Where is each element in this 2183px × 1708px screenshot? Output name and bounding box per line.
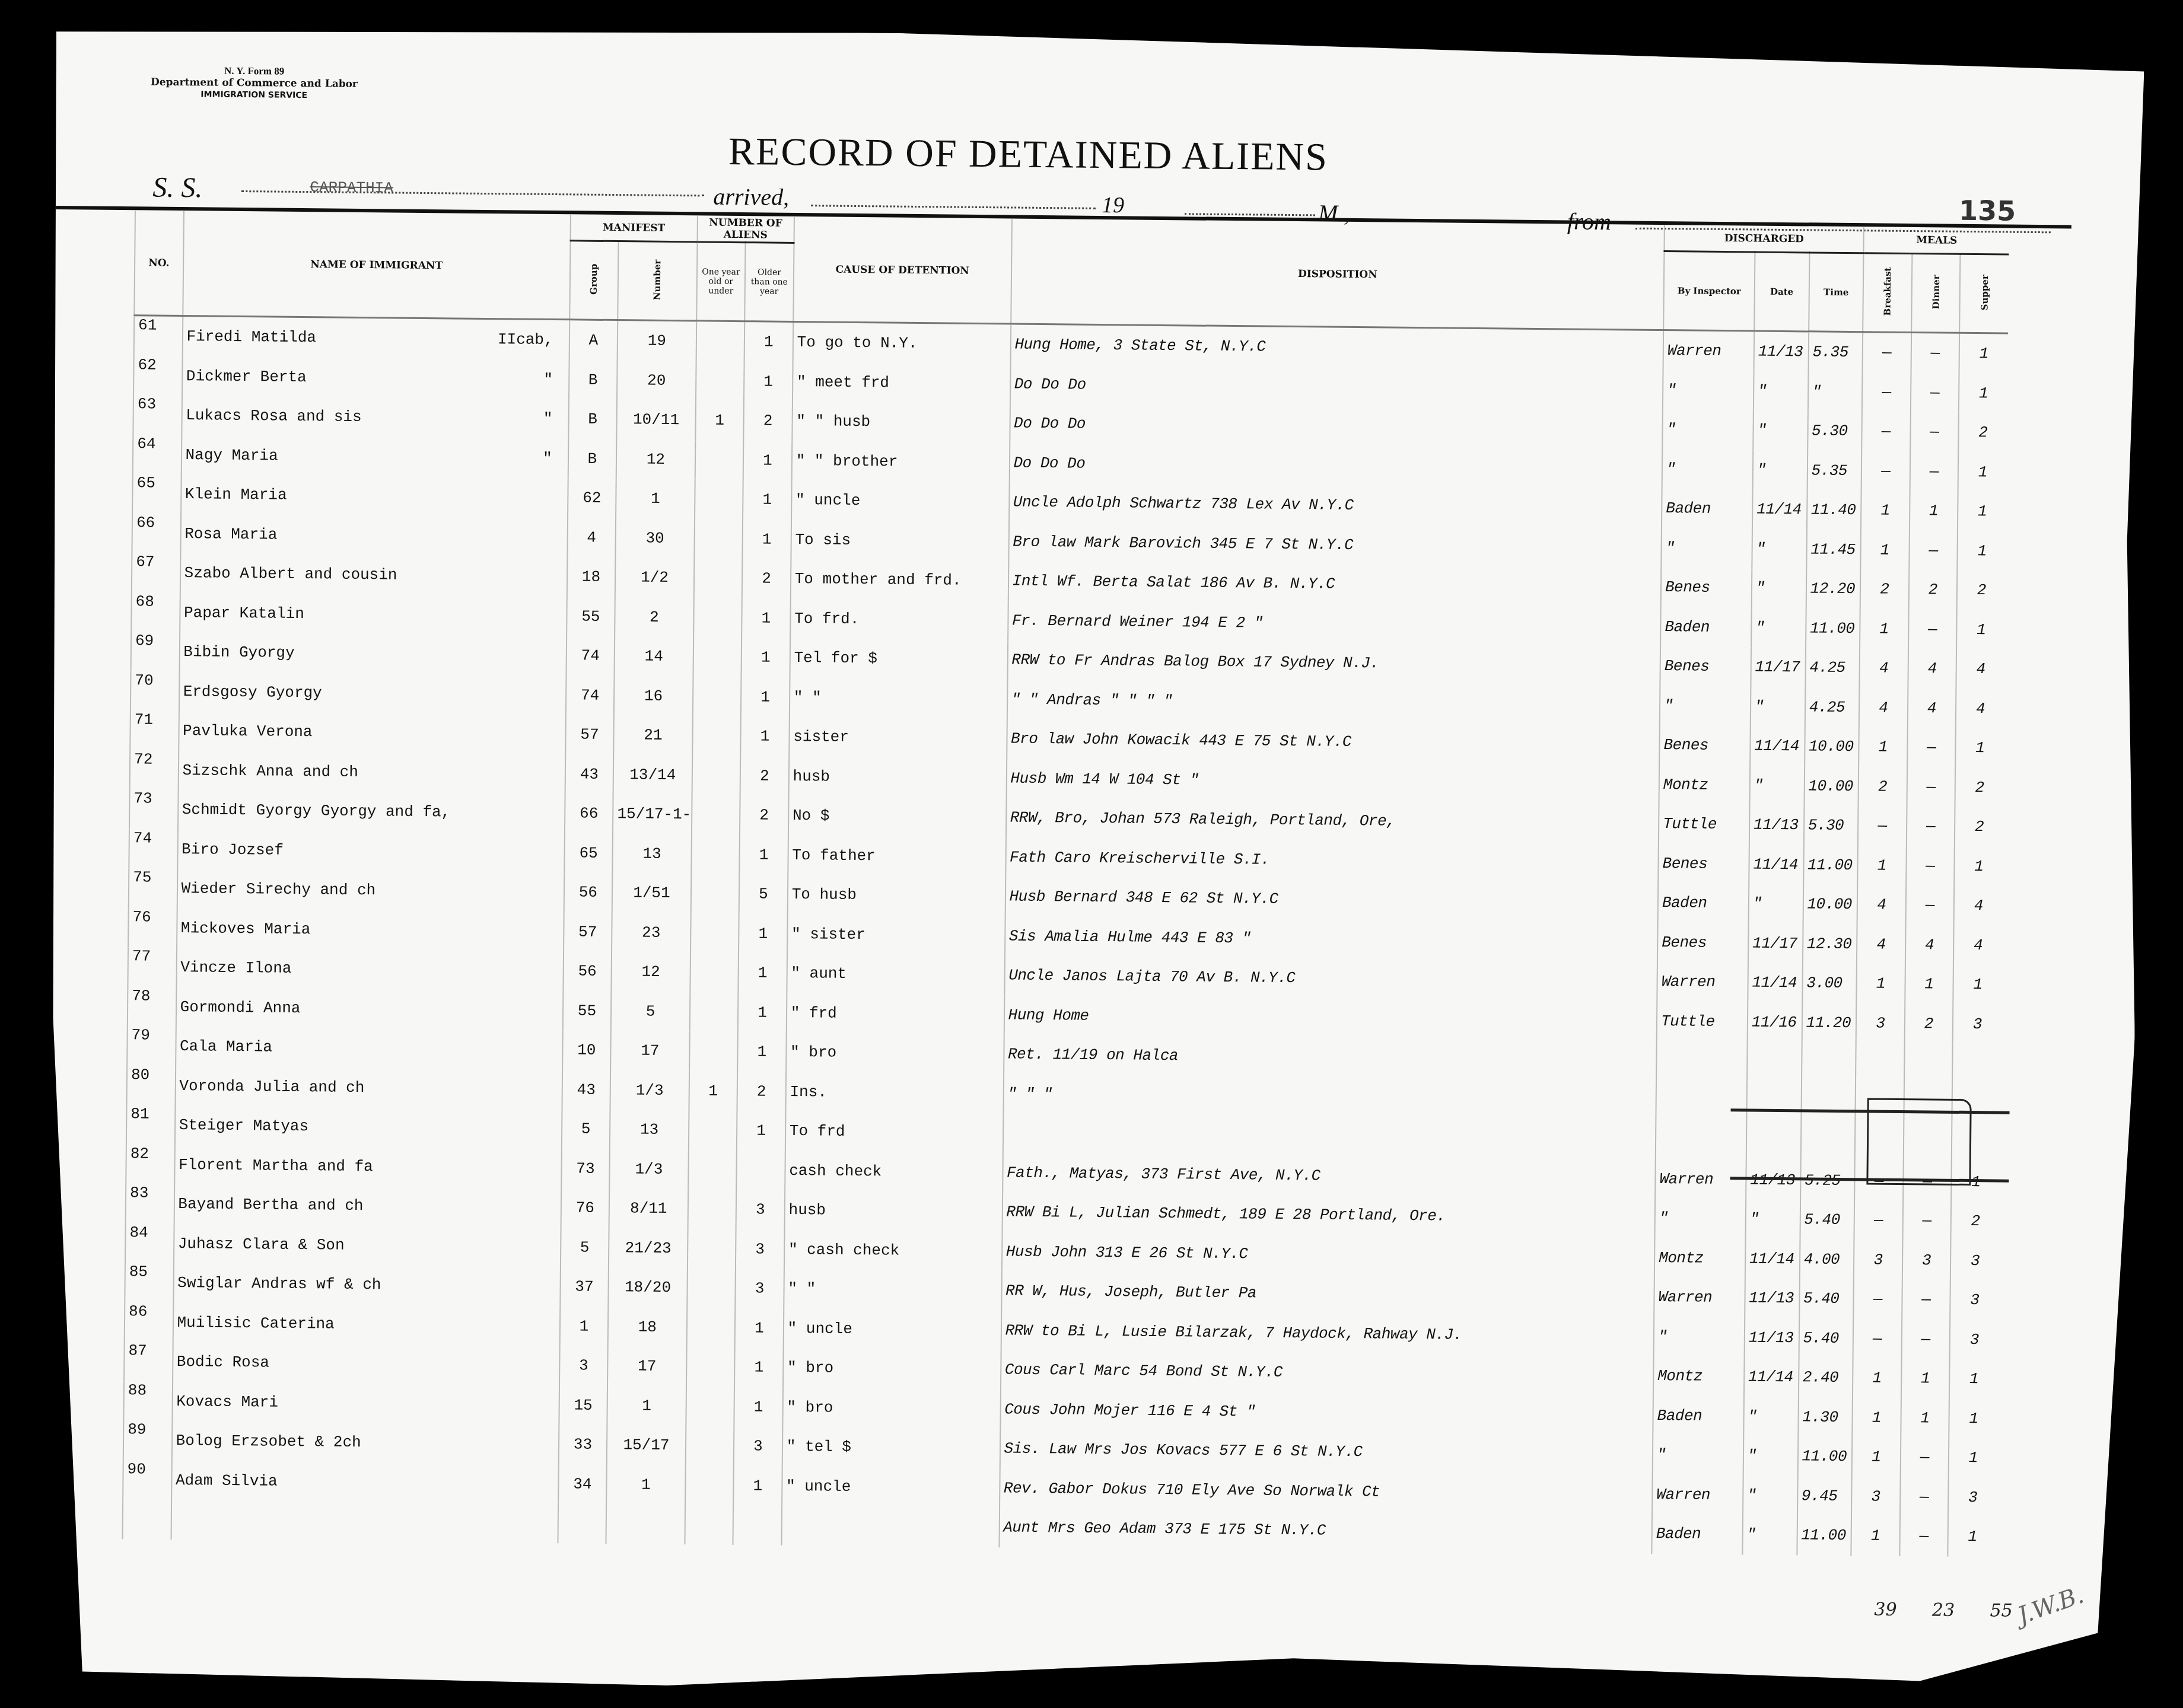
meal-supper: 4 xyxy=(1953,925,2002,965)
row-number: 77✓ xyxy=(128,947,176,987)
aliens-one-year xyxy=(695,479,743,519)
cause-of-detention: " " brother xyxy=(791,441,1009,482)
aliens-older: 1 xyxy=(744,362,793,401)
cause-of-detention: " bro xyxy=(786,1033,1004,1074)
discharged-date: " xyxy=(1752,568,1806,608)
col-name: NAME OF IMMIGRANT xyxy=(183,211,571,320)
meal-breakfast: 4 xyxy=(1860,648,1908,688)
aliens-older: 5 xyxy=(739,874,788,914)
manifest-number: 16 xyxy=(614,676,693,716)
manifest-group: 57 xyxy=(565,715,614,754)
discharged-inspector: Warren xyxy=(1654,1277,1745,1318)
arrival-date-line xyxy=(811,189,1096,209)
discharged-inspector: " xyxy=(1662,410,1753,450)
meal-breakfast: 3 xyxy=(1854,1240,1902,1280)
aliens-older: 1 xyxy=(741,677,790,717)
manifest-number: 17 xyxy=(610,1031,689,1071)
discharged-date: " xyxy=(1753,450,1808,490)
manifest-number: 1/3 xyxy=(609,1149,688,1190)
disposition: Cous John Mojer 116 E 4 St " xyxy=(1000,1390,1653,1435)
discharged-time: 1.30 xyxy=(1798,1397,1853,1437)
manifest-group: 76 xyxy=(561,1188,609,1228)
department-name: Department of Commerce and Labor xyxy=(151,77,358,90)
meal-dinner: — xyxy=(1911,373,1959,413)
cause-of-detention: To sis xyxy=(791,520,1008,561)
aliens-older: 2 xyxy=(737,1072,786,1111)
page-number: 135 xyxy=(1959,195,2016,227)
disposition: RRW to Fr Andras Balog Box 17 Sydney N.J… xyxy=(1007,640,1660,686)
aliens-one-year xyxy=(692,756,740,795)
row-number: 64✓ xyxy=(133,435,182,474)
discharged-inspector: Baden xyxy=(1660,607,1751,648)
meal-dinner: — xyxy=(1909,531,1958,571)
meal-dinner: — xyxy=(1910,412,1959,452)
meal-dinner: — xyxy=(1911,333,1959,374)
manifest-number: 18 xyxy=(608,1307,687,1347)
manifest-number: 10/11 xyxy=(617,400,696,440)
aliens-one-year xyxy=(686,1387,734,1426)
manifest-number: 1 xyxy=(616,479,695,519)
aliens-one-year xyxy=(689,992,738,1032)
aliens-one-year xyxy=(691,834,740,874)
meal-supper: 1 xyxy=(1953,965,2002,1005)
aliens-older: 1 xyxy=(743,520,791,559)
disposition: Fath Caro Kreischerville S.I. xyxy=(1005,837,1659,883)
service-name: IMMIGRATION SERVICE xyxy=(151,88,358,102)
immigrant-name: Juhasz Clara & Son xyxy=(173,1223,561,1267)
row-number: 63✓ xyxy=(133,395,182,435)
row-number: 73✓ xyxy=(129,789,178,829)
discharged-time: 11.00 xyxy=(1803,845,1858,885)
cause-of-detention: " cash check xyxy=(784,1229,1002,1271)
disposition: Husb John 313 E 26 St N.Y.C xyxy=(1001,1232,1654,1277)
discharged-inspector: " xyxy=(1662,450,1753,490)
aliens-one-year xyxy=(695,440,743,480)
discharged-time: 11.20 xyxy=(1802,1003,1856,1043)
immigrant-name: Bodic Rosa xyxy=(173,1342,560,1385)
cause-of-detention: husb xyxy=(788,756,1006,798)
immigrant-name: Erdsgosy Gyorgy xyxy=(179,672,566,715)
meal-supper: 1 xyxy=(1956,728,2004,768)
immigrant-name: Wieder Sirechy and ch xyxy=(177,869,564,912)
discharged-inspector: Benes xyxy=(1660,646,1751,687)
discharged-date: 11/14 xyxy=(1744,1357,1799,1397)
meal-dinner xyxy=(1904,1043,1953,1083)
manifest-number: 13 xyxy=(610,1110,689,1150)
col-cause: CAUSE OF DETENTION xyxy=(793,217,1012,324)
meal-dinner: 1 xyxy=(1901,1398,1949,1438)
col-one-year: One year old or under xyxy=(696,242,746,321)
meal-supper: 4 xyxy=(1954,886,2003,926)
meal-supper: 2 xyxy=(1955,767,2004,807)
disposition: Sis Amalia Hulme 443 E 83 " xyxy=(1005,916,1658,962)
manifest-number: 20 xyxy=(617,361,696,401)
discharged-time: 4.00 xyxy=(1799,1239,1854,1279)
immigrant-name: Vincze Ilona xyxy=(176,948,564,991)
discharged-time: 3.00 xyxy=(1802,963,1857,1003)
row-number: 90 xyxy=(123,1460,171,1500)
meal-supper: 1 xyxy=(1959,333,2008,374)
aliens-older: 1 xyxy=(743,480,791,520)
immigrant-name: Pavluka Verona xyxy=(179,711,566,754)
immigrant-name: Kovacs Mari xyxy=(172,1381,559,1425)
meal-dinner: 2 xyxy=(1905,1003,1953,1043)
discharged-time: 5.35 xyxy=(1808,332,1863,372)
discharged-inspector: Baden xyxy=(1653,1395,1743,1436)
aliens-older xyxy=(736,1151,785,1190)
manifest-number: 14 xyxy=(615,636,693,677)
manifest-group xyxy=(558,1503,606,1543)
aliens-older: 1 xyxy=(740,716,789,756)
row-number: 61✓ xyxy=(134,316,183,356)
meal-dinner: — xyxy=(1907,807,1955,846)
row-number: 78✓ xyxy=(128,987,176,1027)
row-number: 71✓ xyxy=(130,710,179,750)
immigrant-name xyxy=(171,1500,558,1543)
discharged-inspector: " xyxy=(1654,1317,1745,1357)
arrived-label: arrived, xyxy=(713,183,789,211)
discharged-inspector: Benes xyxy=(1661,568,1752,608)
meal-dinner: — xyxy=(1906,846,1955,886)
discharged-time: 4.25 xyxy=(1805,687,1859,727)
discharged-inspector: Tuttle xyxy=(1659,804,1749,845)
aliens-one-year xyxy=(688,1189,736,1229)
aliens-one-year: 1 xyxy=(689,1071,737,1111)
immigrant-name: Gormondi Anna xyxy=(176,987,563,1031)
manifest-group: 5 xyxy=(561,1228,609,1267)
cause-of-detention: Ins. xyxy=(785,1072,1003,1113)
discharged-inspector: Warren xyxy=(1657,962,1748,1002)
immigrant-name: Nagy Maria" xyxy=(181,435,568,479)
disposition: Hung Home xyxy=(1004,995,1657,1041)
row-number: 75✓ xyxy=(129,868,177,908)
page-title: RECORD OF DETAINED ALIENS xyxy=(728,129,1329,180)
col-date: Date xyxy=(1754,252,1809,332)
manifest-number: 18/20 xyxy=(608,1267,687,1308)
discharged-inspector: Montz xyxy=(1653,1356,1744,1397)
clerk-initials: J.W.B. xyxy=(2014,1582,2087,1630)
manifest-group: 43 xyxy=(562,1070,610,1110)
manifest-group: 62 xyxy=(568,478,616,518)
cause-of-detention: " " xyxy=(784,1269,1001,1311)
row-number: 70✓ xyxy=(131,671,179,711)
meal-breakfast: — xyxy=(1862,372,1911,412)
manifest-number: 1/3 xyxy=(610,1070,689,1111)
discharged-time: 9.45 xyxy=(1797,1476,1852,1516)
immigrant-name: Rosa Maria xyxy=(180,514,568,557)
aliens-older: 1 xyxy=(742,598,790,638)
manifest-number: 1 xyxy=(607,1386,686,1426)
immigrant-name: Firedi MatildaIIcab, xyxy=(182,316,569,360)
meal-dinner: — xyxy=(1907,728,1956,767)
disposition: Do Do Do xyxy=(1010,364,1663,410)
meal-dinner: 4 xyxy=(1908,649,1956,689)
meal-dinner: — xyxy=(1908,610,1957,649)
meal-breakfast: 2 xyxy=(1860,569,1909,609)
meal-breakfast: 3 xyxy=(1851,1477,1900,1516)
row-number: 89✓ xyxy=(123,1420,172,1460)
manifest-group: 73 xyxy=(561,1149,610,1188)
discharged-time: 11.45 xyxy=(1806,530,1861,569)
passenger-class: " xyxy=(543,450,552,467)
row-number: 68✓ xyxy=(131,592,180,632)
meal-dinner: — xyxy=(1902,1201,1951,1241)
aliens-older: 1 xyxy=(733,1466,782,1506)
meal-breakfast: — xyxy=(1853,1319,1902,1359)
manifest-group: 10 xyxy=(562,1030,611,1070)
manifest-group: B xyxy=(568,399,617,439)
col-meals: MEALS xyxy=(1864,227,2009,254)
col-discharged: DISCHARGED xyxy=(1665,225,1864,253)
aliens-older: 3 xyxy=(735,1269,784,1308)
aliens-older: 1 xyxy=(739,953,787,993)
cause-of-detention: " sister xyxy=(787,914,1005,955)
manifest-group: 1 xyxy=(559,1307,608,1346)
col-number: Number xyxy=(618,241,697,321)
manifest-group: 56 xyxy=(563,951,612,991)
disposition: Ret. 11/19 on Halca xyxy=(1004,1034,1657,1080)
discharged-inspector xyxy=(1656,1041,1747,1081)
meal-breakfast: — xyxy=(1858,806,1907,846)
discharged-inspector: Montz xyxy=(1654,1238,1745,1278)
manifest-number: 1/2 xyxy=(615,557,694,598)
manifest-group: 65 xyxy=(564,833,613,873)
aliens-one-year xyxy=(687,1268,736,1308)
disposition: Do Do Do xyxy=(1010,403,1663,449)
discharged-date: " xyxy=(1751,608,1806,648)
row-number: 76✓ xyxy=(128,908,177,948)
manifest-group: 66 xyxy=(565,794,613,833)
manifest-number: 13 xyxy=(613,834,692,874)
discharged-date: 11/14 xyxy=(1745,1239,1800,1279)
aliens-one-year xyxy=(696,321,744,362)
discharged-inspector: Benes xyxy=(1658,843,1749,884)
table-body: 61✓Firedi MatildaIIcab,A191To go to N.Y.… xyxy=(123,316,2009,1557)
manifest-number: 19 xyxy=(618,320,696,361)
meal-supper: 1 xyxy=(1955,846,2003,886)
discharged-date: " xyxy=(1748,884,1803,923)
meal-supper: 1 xyxy=(1948,1517,1997,1557)
row-number: 66✓ xyxy=(132,514,180,553)
aliens-older: 2 xyxy=(740,756,789,796)
disposition: Rev. Gabor Dokus 710 Ely Ave So Norwalk … xyxy=(1000,1468,1653,1514)
immigrant-name: Voronda Julia and ch xyxy=(175,1066,562,1110)
aliens-one-year xyxy=(693,598,742,638)
manifest-group: 18 xyxy=(567,557,615,597)
meal-dinner: — xyxy=(1899,1516,1948,1556)
cause-of-detention: To mother and frd. xyxy=(790,559,1008,601)
row-number: 74✓ xyxy=(129,829,177,869)
meal-dinner: — xyxy=(1905,885,1954,925)
row-number: 67✓ xyxy=(132,553,180,592)
aliens-one-year xyxy=(688,1150,737,1190)
meal-supper: 1 xyxy=(1958,452,2007,492)
cause-of-detention: " frd xyxy=(786,993,1004,1034)
discharged-time: 10.00 xyxy=(1803,884,1857,924)
aliens-older: 1 xyxy=(743,441,792,480)
discharged-date: " xyxy=(1749,766,1804,805)
immigrant-name: Szabo Albert and cousin xyxy=(180,553,567,597)
manifest-group: 33 xyxy=(558,1425,607,1464)
row-number: 72✓ xyxy=(130,750,179,790)
disposition: Husb Bernard 348 E 62 St N.Y.C xyxy=(1005,877,1658,922)
immigrant-name: Swiglar Andras wf & ch xyxy=(173,1263,561,1307)
meal-supper: 1 xyxy=(1949,1438,1997,1478)
discharged-inspector: Baden xyxy=(1662,489,1752,529)
manifest-number: 8/11 xyxy=(609,1188,688,1229)
ship-name: CARPATHIA xyxy=(310,179,393,197)
row-number xyxy=(123,1499,171,1539)
cause-of-detention: " bro xyxy=(782,1387,1000,1429)
disposition: Aunt Mrs Geo Adam 373 E 175 St N.Y.C xyxy=(999,1508,1652,1553)
aliens-one-year xyxy=(686,1347,735,1387)
manifest-number: 30 xyxy=(616,518,695,559)
cause-of-detention: " meet frd xyxy=(793,362,1010,403)
discharged-time: 11.00 xyxy=(1806,608,1860,648)
col-supper: Supper xyxy=(1960,254,2009,333)
cause-of-detention: To frd. xyxy=(790,598,1008,640)
aliens-one-year xyxy=(693,637,742,677)
discharged-time: 5.40 xyxy=(1800,1200,1854,1239)
cause-of-detention: " aunt xyxy=(787,954,1004,995)
immigrant-name: Bolog Erzsobet & 2ch xyxy=(171,1421,559,1464)
manifest-group: 74 xyxy=(566,675,615,715)
discharged-time: 12.30 xyxy=(1803,924,1857,964)
aliens-one-year: 1 xyxy=(695,400,744,440)
col-number-of-aliens: NUMBER OF ALIENS xyxy=(697,216,794,243)
meal-breakfast: — xyxy=(1862,412,1911,451)
manifest-number: 5 xyxy=(611,992,690,1032)
aliens-one-year xyxy=(685,1426,734,1465)
form-header-stamp: N. Y. Form 89 Department of Commerce and… xyxy=(151,65,358,102)
meal-supper: 3 xyxy=(1953,1004,2001,1044)
immigrant-name: Mickoves Maria xyxy=(177,909,564,952)
aliens-one-year xyxy=(693,677,742,716)
immigrant-name: Sizschk Anna and ch xyxy=(178,751,565,794)
meal-supper: 1 xyxy=(1958,492,2006,531)
aliens-one-year xyxy=(690,913,739,953)
cause-of-detention: " tel $ xyxy=(782,1427,1000,1468)
manifest-group: A xyxy=(569,320,618,361)
discharged-date: 11/14 xyxy=(1749,845,1803,884)
manifest-group: 5 xyxy=(562,1109,610,1149)
col-disposition: DISPOSITION xyxy=(1011,219,1665,330)
meal-supper: 3 xyxy=(1950,1241,1999,1280)
manifest-group: 34 xyxy=(558,1464,607,1504)
meal-dinner: 2 xyxy=(1909,570,1958,610)
meal-supper: 1 xyxy=(1949,1359,1998,1399)
manifest-number: 12 xyxy=(616,439,695,480)
discharged-time: 10.00 xyxy=(1805,726,1859,766)
manifest-number: 15/17-1- xyxy=(613,794,692,834)
disposition: RRW, Bro, Johan 573 Raleigh, Portland, O… xyxy=(1005,798,1659,843)
discharged-inspector: " xyxy=(1663,371,1754,411)
manifest-group: 55 xyxy=(567,597,615,636)
arrival-time-line xyxy=(1185,197,1315,216)
disposition: RR W, Hus, Joseph, Butler Pa xyxy=(1001,1271,1654,1317)
total-dinner: 23 xyxy=(1917,1599,1969,1621)
row-number: 88✓ xyxy=(123,1381,172,1421)
meal-breakfast: 1 xyxy=(1853,1358,1901,1398)
passenger-class: " xyxy=(543,371,553,388)
passenger-class: " xyxy=(543,410,553,428)
aliens-older: 2 xyxy=(744,401,793,441)
disposition: Sis. Law Mrs Jos Kovacs 577 E 6 St N.Y.C xyxy=(1000,1429,1653,1474)
aliens-older: 1 xyxy=(744,321,793,362)
discharged-date xyxy=(1747,1041,1802,1081)
discharged-date: 11/17 xyxy=(1748,923,1803,963)
meal-breakfast: 4 xyxy=(1857,885,1906,925)
disposition: Fath., Matyas, 373 First Ave, N.Y.C xyxy=(1003,1153,1656,1199)
manifest-number: 12 xyxy=(612,952,690,992)
discharged-date: 11/13 xyxy=(1745,1278,1799,1318)
meal-supper: 1 xyxy=(1956,610,2005,649)
aliens-one-year xyxy=(689,1110,737,1150)
immigrant-name: Lukacs Rosa and sis" xyxy=(182,396,569,439)
meal-supper: 3 xyxy=(1950,1320,1999,1359)
meal-breakfast: — xyxy=(1854,1200,1903,1240)
cause-of-detention: Tel for $ xyxy=(790,638,1007,680)
cause-of-detention: " " husb xyxy=(792,401,1010,443)
discharged-time: 5.30 xyxy=(1803,805,1858,845)
manifest-number: 17 xyxy=(607,1346,686,1387)
ss-label: S. S. xyxy=(152,171,203,205)
discharged-inspector: Benes xyxy=(1657,922,1748,963)
meal-breakfast: — xyxy=(1863,332,1911,373)
cause-of-detention: No $ xyxy=(788,796,1006,837)
meal-supper: 3 xyxy=(1948,1477,1997,1517)
aliens-older: 1 xyxy=(737,1032,786,1072)
row-number: 69✓ xyxy=(131,632,180,671)
aliens-one-year xyxy=(696,361,744,401)
year-label: 19 xyxy=(1102,192,1124,218)
meal-supper: 3 xyxy=(1950,1280,1999,1320)
disposition: Bro law Mark Barovich 345 E 7 St N.Y.C xyxy=(1008,522,1662,568)
meal-dinner: 4 xyxy=(1908,689,1956,728)
discharged-time: 12.20 xyxy=(1806,569,1860,608)
discharged-date: " xyxy=(1742,1515,1797,1554)
cause-of-detention: To husb xyxy=(787,875,1005,916)
discharged-inspector: Baden xyxy=(1651,1514,1742,1554)
immigrant-name: Muilisic Caterina xyxy=(173,1302,560,1346)
col-older: Older than one year xyxy=(744,243,794,322)
meal-breakfast: 1 xyxy=(1861,490,1910,530)
aliens-older: 2 xyxy=(742,559,791,598)
row-number: 80✓ xyxy=(127,1066,176,1105)
immigrant-name: Bayand Bertha and ch xyxy=(174,1184,561,1228)
immigrant-name: Adam Silvia xyxy=(171,1460,559,1503)
row-number: 83✓ xyxy=(126,1184,174,1223)
meal-dinner: 4 xyxy=(1905,925,1954,964)
cause-of-detention: " uncle xyxy=(783,1308,1001,1350)
row-number: 65✓ xyxy=(132,474,181,514)
disposition: " " " xyxy=(1003,1074,1656,1120)
meal-dinner: 1 xyxy=(1910,491,1958,531)
aliens-older: 1 xyxy=(734,1347,783,1387)
aliens-older: 1 xyxy=(735,1308,784,1348)
immigrant-name: Schmidt Gyorgy Gyorgy and fa, xyxy=(178,790,565,833)
manifest-number: 1/51 xyxy=(612,873,691,913)
aliens-one-year xyxy=(692,716,741,756)
cause-of-detention: To frd xyxy=(785,1111,1003,1153)
disposition: Uncle Adolph Schwartz 738 Lex Av N.Y.C xyxy=(1009,482,1662,528)
meal-supper: 2 xyxy=(1951,1202,2000,1241)
discharged-inspector: Warren xyxy=(1663,330,1754,371)
meal-supper: 1 xyxy=(1958,531,2006,571)
discharged-date: 11/13 xyxy=(1754,331,1808,372)
discharged-inspector: Montz xyxy=(1659,764,1750,805)
discharged-inspector: Warren xyxy=(1652,1474,1743,1515)
